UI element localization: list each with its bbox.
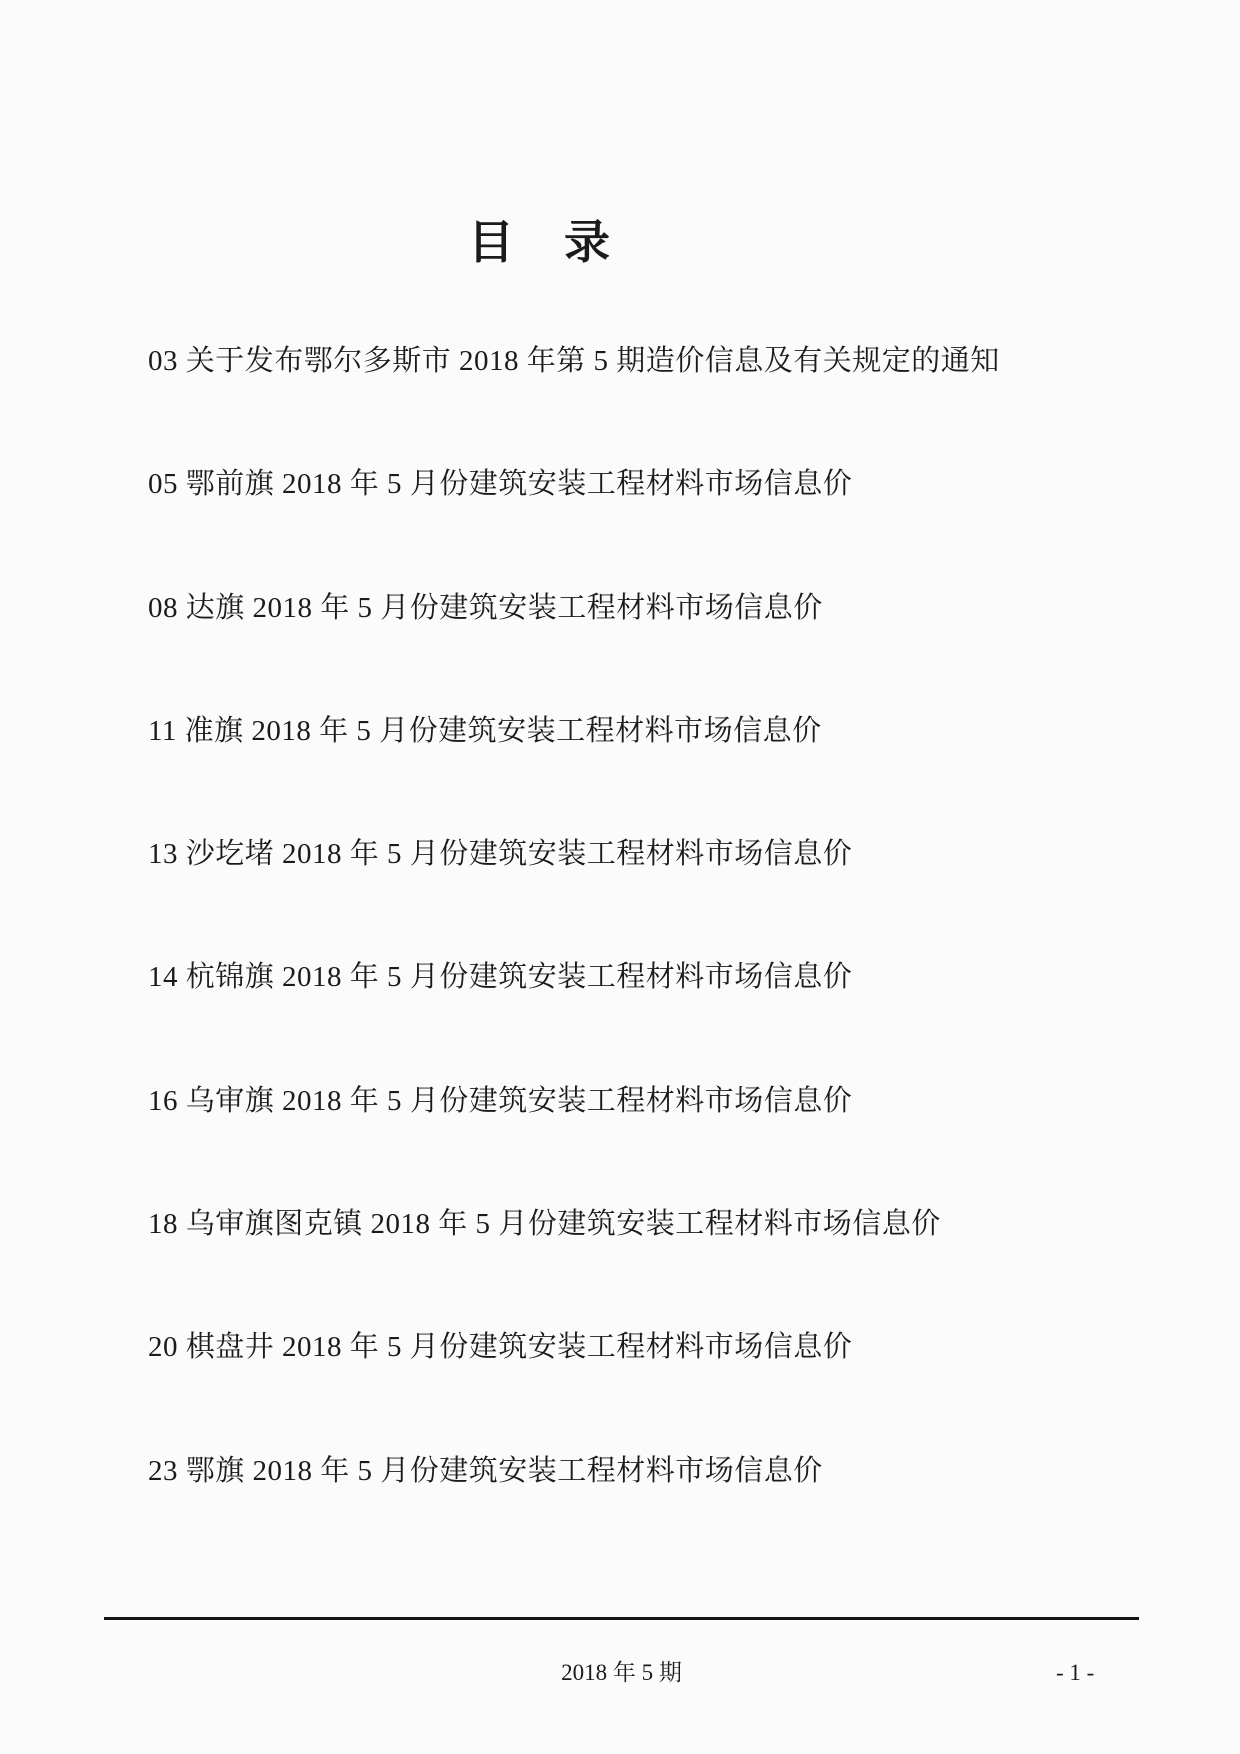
document-page: 目 录 03 关于发布鄂尔多斯市 2018 年第 5 期造价信息及有关规定的通知…: [0, 0, 1240, 1754]
toc-entry: 23 鄂旗 2018 年 5 月份建筑安装工程材料市场信息价: [148, 1451, 1140, 1574]
toc-entry: 14 杭锦旗 2018 年 5 月份建筑安装工程材料市场信息价: [148, 957, 1140, 1080]
toc-entry: 05 鄂前旗 2018 年 5 月份建筑安装工程材料市场信息价: [148, 464, 1140, 587]
toc-entry: 08 达旗 2018 年 5 月份建筑安装工程材料市场信息价: [148, 588, 1140, 711]
toc-entry: 03 关于发布鄂尔多斯市 2018 年第 5 期造价信息及有关规定的通知: [148, 341, 1140, 464]
toc-list: 03 关于发布鄂尔多斯市 2018 年第 5 期造价信息及有关规定的通知 05 …: [148, 341, 1140, 1574]
toc-entry: 16 乌审旗 2018 年 5 月份建筑安装工程材料市场信息价: [148, 1081, 1140, 1204]
page-footer: 2018 年 5 期 - 1 -: [104, 1656, 1139, 1696]
toc-entry: 13 沙圪堵 2018 年 5 月份建筑安装工程材料市场信息价: [148, 834, 1140, 957]
footer-divider: [104, 1617, 1139, 1620]
toc-entry: 20 棋盘井 2018 年 5 月份建筑安装工程材料市场信息价: [148, 1327, 1140, 1450]
toc-entry: 11 准旗 2018 年 5 月份建筑安装工程材料市场信息价: [148, 711, 1140, 834]
page-title: 目 录: [0, 218, 1080, 269]
toc-entry: 18 乌审旗图克镇 2018 年 5 月份建筑安装工程材料市场信息价: [148, 1204, 1140, 1327]
footer-page-number: - 1 -: [1056, 1656, 1094, 1690]
footer-issue-label: 2018 年 5 期: [104, 1656, 1139, 1690]
